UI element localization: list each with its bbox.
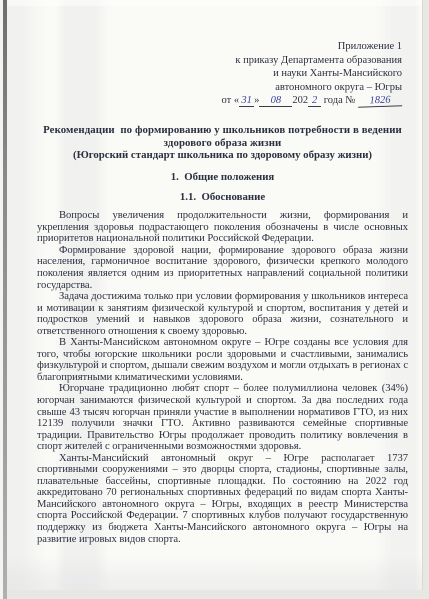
- handwritten-month: 08: [259, 95, 292, 107]
- header-line: автономного округа – Югры: [37, 81, 402, 95]
- section-heading: 1. Общие положения: [37, 171, 408, 183]
- body-text: Вопросы увеличения продолжительности жиз…: [37, 210, 408, 545]
- page-content: Приложение 1 к приказу Департамента обра…: [7, 0, 422, 545]
- subsection-heading: 1.1. Обоснование: [37, 191, 408, 203]
- scanned-document: Приложение 1 к приказу Департамента обра…: [0, 0, 429, 599]
- approval-header: Приложение 1 к приказу Департамента обра…: [37, 40, 408, 108]
- header-line: Приложение 1: [37, 40, 402, 54]
- document-title: Рекомендации по формированию у школьнико…: [37, 124, 408, 149]
- paragraph: Югорчане традиционно любят спорт – более…: [37, 383, 408, 452]
- paragraph: Задача достижима только при условии форм…: [37, 291, 408, 337]
- handwritten-year-digit: 2: [308, 95, 321, 107]
- paragraph: В Ханты-Мансийском автономном округе – Ю…: [37, 337, 408, 383]
- paragraph: Ханты-Мансийский автономный округ – Югре…: [37, 453, 408, 545]
- date-middle: года №: [321, 95, 358, 106]
- document-page: Приложение 1 к приказу Департамента обра…: [7, 0, 423, 590]
- document-subtitle: (Югорский стандарт школьника по здоровом…: [37, 149, 408, 162]
- header-line: к приказу Департамента образования: [37, 54, 402, 68]
- handwritten-day: 31: [239, 95, 254, 107]
- year-printed: 202: [292, 95, 308, 106]
- order-date-line: от «31»082022 года № 1826: [37, 94, 402, 108]
- paragraph: Вопросы увеличения продолжительности жиз…: [37, 210, 408, 245]
- paragraph: Формирование здоровой нации, формировани…: [37, 245, 408, 291]
- handwritten-order-number: 1826: [358, 95, 402, 109]
- header-line: и науки Ханты-Мансийского: [37, 67, 402, 81]
- date-prefix: от «: [222, 95, 240, 106]
